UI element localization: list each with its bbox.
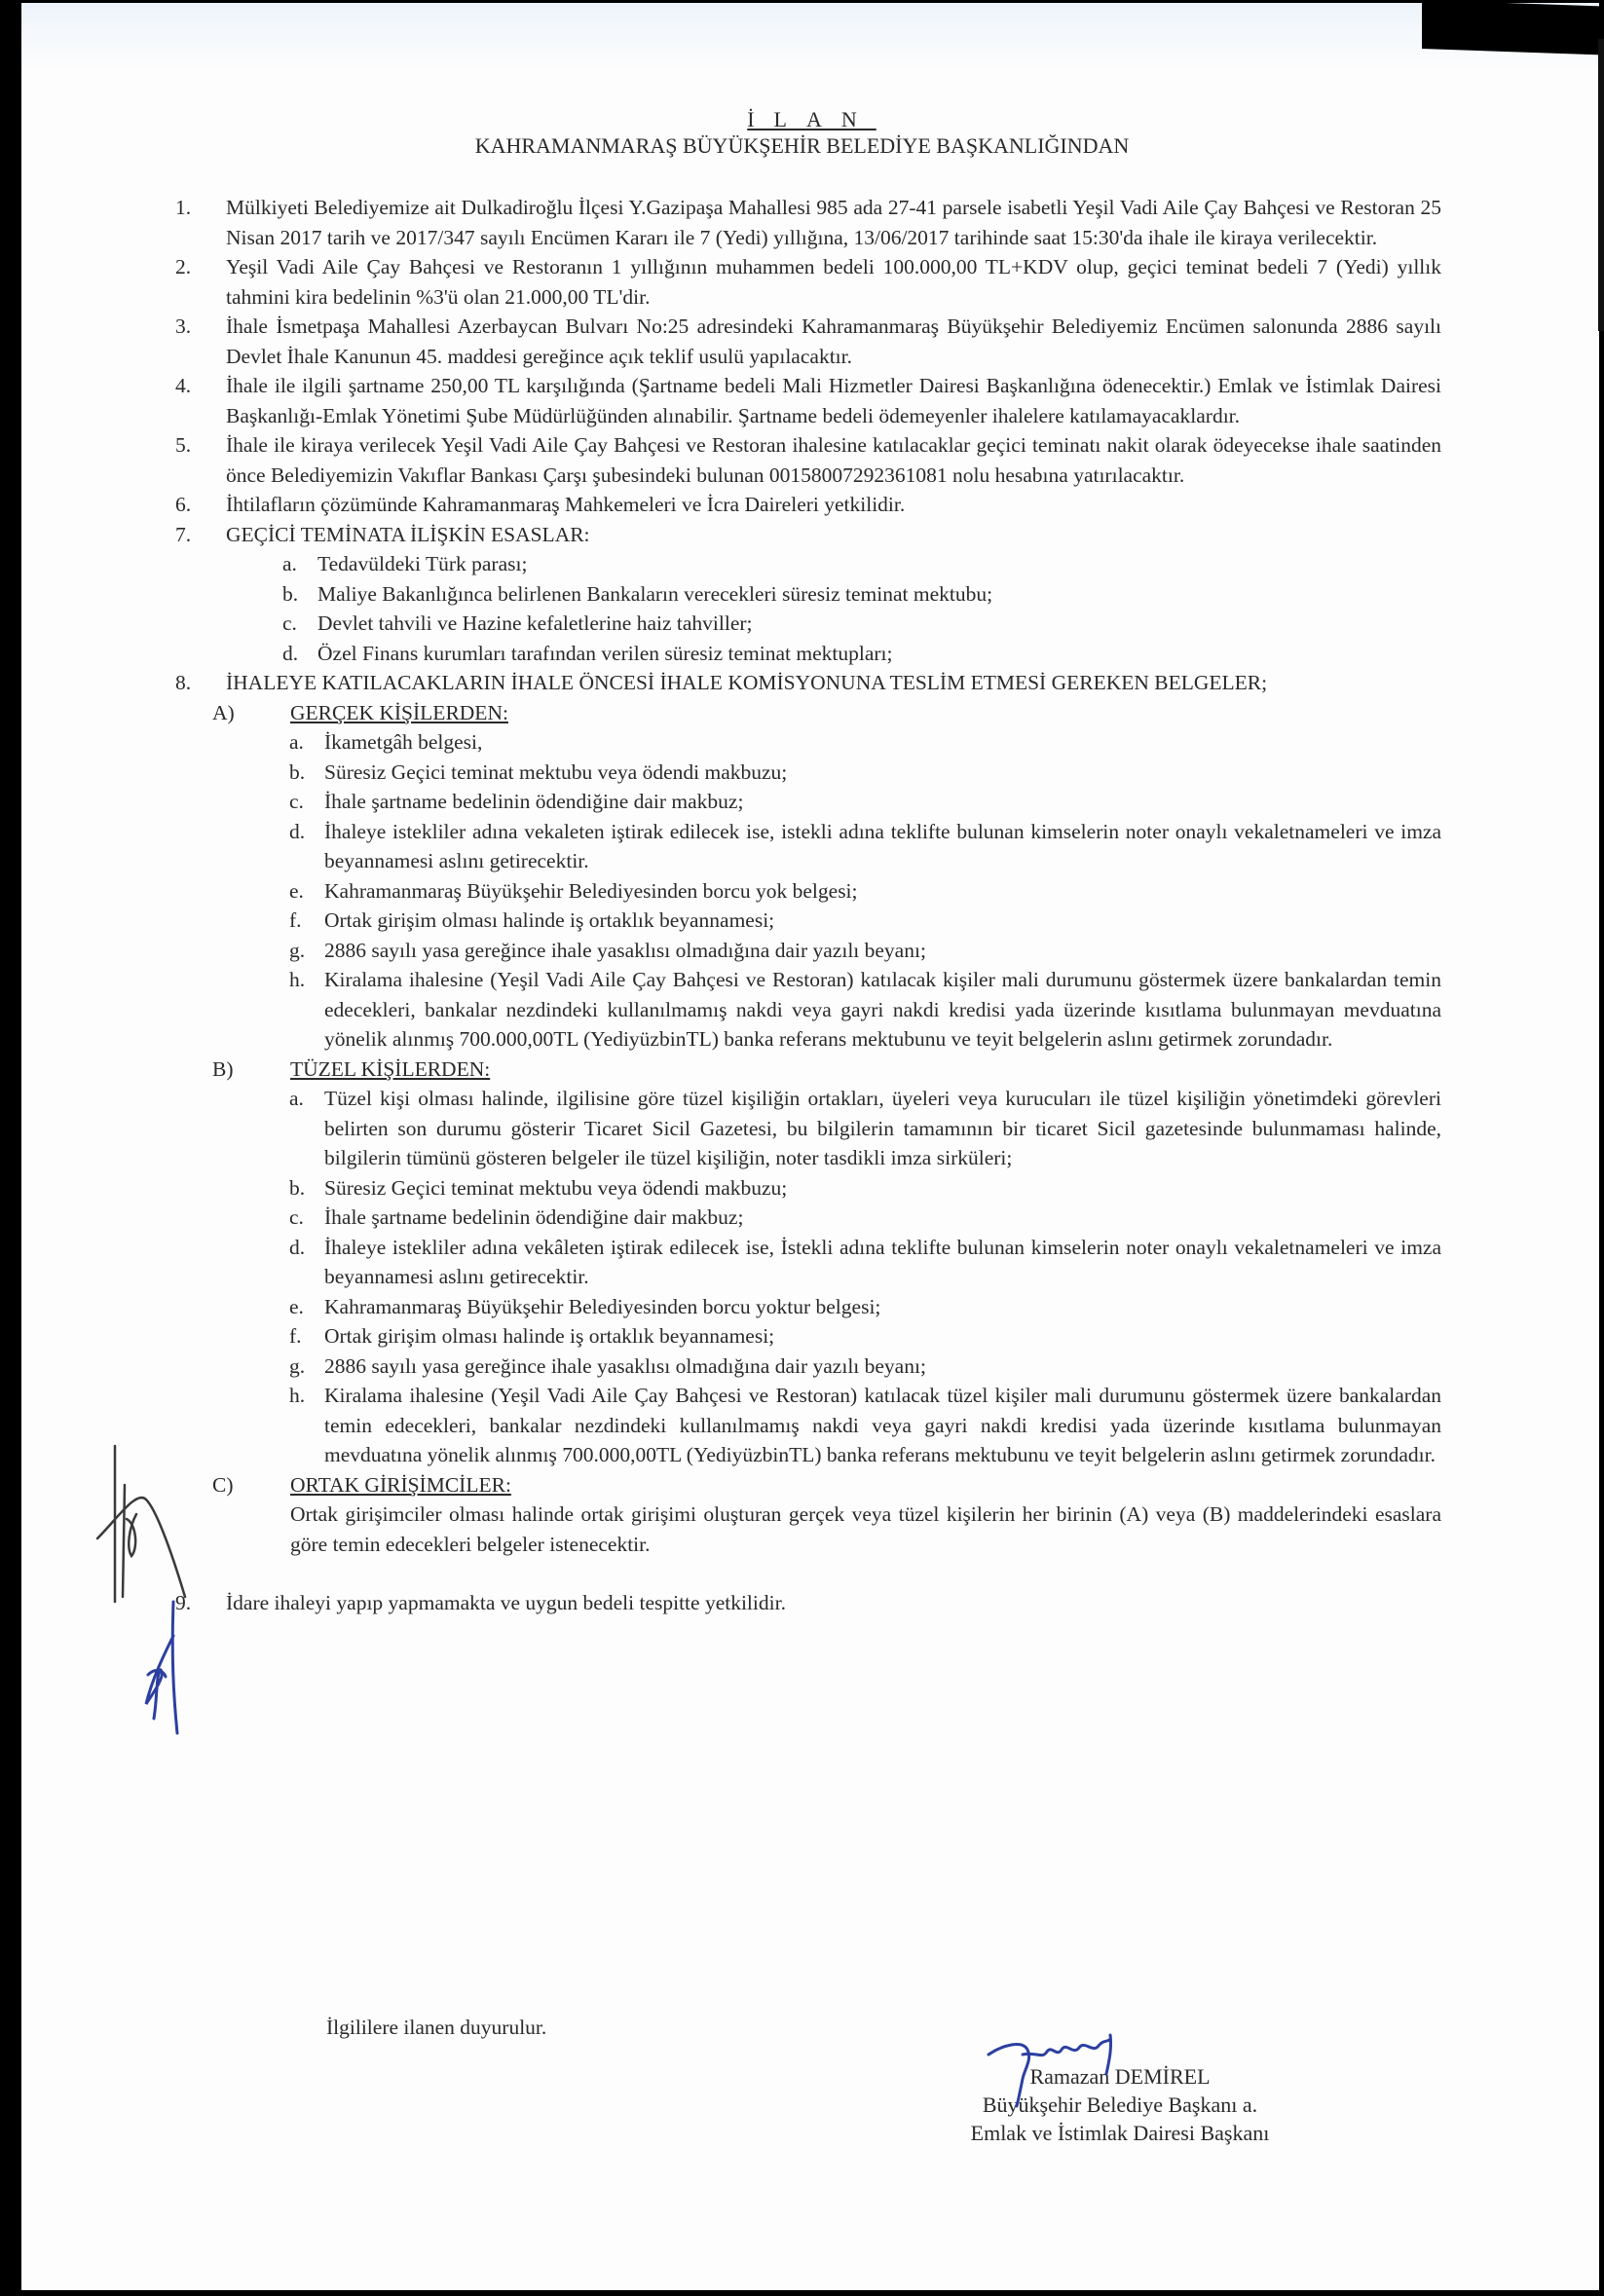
list-item: 5.İhale ile kiraya verilecek Yeşil Vadi … <box>175 430 1441 490</box>
sub-item-text: İhale şartname bedelinin ödendiğine dair… <box>324 790 743 813</box>
section-label: A) <box>212 698 235 728</box>
sub-item-text: 2886 sayılı yasa gereğince ihale yasaklı… <box>324 1354 926 1378</box>
section-label: B) <box>212 1055 234 1085</box>
sub-item-letter: a. <box>289 727 304 758</box>
sub-item-text: Kahramanmaraş Büyükşehir Belediyesinden … <box>324 1295 880 1318</box>
list-item: 1.Mülkiyeti Belediyemize ait Dulkadiroğl… <box>175 193 1441 252</box>
sub-item-text: İhale şartname bedelinin ödendiğine dair… <box>324 1205 743 1229</box>
item-text: Mülkiyeti Belediyemize ait Dulkadiroğlu … <box>226 193 1441 252</box>
list-item: 4.İhale ile ilgili şartname 250,00 TL ka… <box>175 371 1441 430</box>
sub-item-text: 2886 sayılı yasa gereğince ihale yasaklı… <box>324 939 926 962</box>
item-number: 1. <box>175 193 191 223</box>
sub-item-text: Ortak girişim olması halinde iş ortaklık… <box>324 1324 774 1348</box>
item-text: İdare ihaleyi yapıp yapmamakta ve uygun … <box>226 1588 1441 1618</box>
sub-list-item: c.İhale şartname bedelinin ödendiğine da… <box>289 1203 1441 1233</box>
sub-item-letter: h. <box>289 1381 305 1411</box>
sub-list-item: h.Kiralama ihalesine (Yeşil Vadi Aile Ça… <box>289 965 1441 1055</box>
list-item: 3.İhale İsmetpaşa Mahallesi Azerbaycan B… <box>175 312 1441 371</box>
sub-item-text: Süresiz Geçici teminat mektubu veya öden… <box>324 760 787 784</box>
closing-line: İlgililere ilanen duyurulur. <box>326 2016 546 2040</box>
handwritten-signature-icon <box>984 2030 1159 2108</box>
header: İLAN KAHRAMANMARAŞ BÜYÜKŞEHİR BELEDİYE B… <box>0 107 1604 160</box>
scan-border-right <box>1598 39 1604 331</box>
sub-item-text: Kiralama ihalesine (Yeşil Vadi Aile Çay … <box>324 1384 1441 1466</box>
sub-list-item: c.İhale şartname bedelinin ödendiğine da… <box>289 787 1441 817</box>
sub-list-item: d.Özel Finans kurumları tarafından veril… <box>282 639 1441 669</box>
sub-list-item: d.İhaleye istekliler adına vekaleten işt… <box>289 817 1441 876</box>
sub-list-item: b.Süresiz Geçici teminat mektubu veya öd… <box>289 1173 1441 1204</box>
sub-item-text: Kiralama ihalesine (Yeşil Vadi Aile Çay … <box>324 968 1441 1051</box>
section-label: C) <box>212 1470 234 1500</box>
document-body: 1.Mülkiyeti Belediyemize ait Dulkadiroğl… <box>175 193 1441 1618</box>
sub-item-letter: f. <box>289 906 302 936</box>
item-number: 2. <box>175 252 191 282</box>
sub-item-letter: b. <box>289 1173 305 1204</box>
sub-item-letter: b. <box>289 758 305 788</box>
sub-list-item: a.Tüzel kişi olması halinde, ilgilisine … <box>289 1084 1441 1173</box>
sub-list-item: b.Maliye Bakanlığınca belirlenen Bankala… <box>282 579 1441 610</box>
sub-item-letter: g. <box>289 1352 305 1382</box>
sub-list-item: h.Kiralama ihalesine (Yeşil Vadi Aile Ça… <box>289 1381 1441 1470</box>
sub-item-letter: c. <box>289 787 304 817</box>
sub-item-letter: h. <box>289 965 305 995</box>
item-text: Yeşil Vadi Aile Çay Bahçesi ve Restoranı… <box>226 252 1441 312</box>
item-text: İhtilafların çözümünde Kahramanmaraş Mah… <box>226 490 1441 520</box>
sub-item-text: Ortak girişim olması halinde iş ortaklık… <box>324 908 774 932</box>
issuer-heading: KAHRAMANMARAŞ BÜYÜKŞEHİR BELEDİYE BAŞKAN… <box>0 132 1604 160</box>
list-item-9: 9. İdare ihaleyi yapıp yapmamakta ve uyg… <box>175 1588 1441 1618</box>
sub-list-item: f.Ortak girişim olması halinde iş ortakl… <box>289 906 1441 936</box>
section-heading: C)ORTAK GİRİŞİMCİLER: <box>212 1470 1441 1500</box>
item-number: 6. <box>175 490 191 520</box>
sub-item-letter: a. <box>289 1084 304 1114</box>
section-sublist: a.İkametgâh belgesi,b.Süresiz Geçici tem… <box>289 727 1441 1055</box>
sub-item-text: İhaleye istekliler adına vekâleten iştir… <box>324 1236 1441 1289</box>
list-item-7: 7. GEÇİCİ TEMİNATA İLİŞKİN ESASLAR: <box>175 520 1441 550</box>
sub-item-text: Kahramanmaraş Büyükşehir Belediyesinden … <box>324 879 858 903</box>
sub-list-item: a.İkametgâh belgesi, <box>289 727 1441 758</box>
section-sublist: a.Tüzel kişi olması halinde, ilgilisine … <box>289 1084 1441 1470</box>
item-number: 5. <box>175 430 191 461</box>
sub-item-letter: c. <box>282 609 297 639</box>
sub-item-letter: g. <box>289 936 305 966</box>
sub-item-text: Tedavüldeki Türk parası; <box>317 552 527 575</box>
item-8-sections: A)GERÇEK KİŞİLERDEN:a.İkametgâh belgesi,… <box>175 698 1441 1560</box>
section-heading: A)GERÇEK KİŞİLERDEN: <box>212 698 1441 728</box>
sub-list-item: a.Tedavüldeki Türk parası; <box>282 549 1441 579</box>
sub-list-item: e.Kahramanmaraş Büyükşehir Belediyesinde… <box>289 1292 1441 1322</box>
item-7-sublist: a.Tedavüldeki Türk parası;b.Maliye Bakan… <box>282 549 1441 668</box>
list-item: 6.İhtilafların çözümünde Kahramanmaraş M… <box>175 490 1441 520</box>
item-text: İhale İsmetpaşa Mahallesi Azerbaycan Bul… <box>226 312 1441 371</box>
sub-list-item: g.2886 sayılı yasa gereğince ihale yasak… <box>289 1352 1441 1382</box>
sub-list-item: c.Devlet tahvili ve Hazine kefaletlerine… <box>282 609 1441 639</box>
sub-item-text: Tüzel kişi olması halinde, ilgilisine gö… <box>324 1087 1441 1169</box>
section-title: ORTAK GİRİŞİMCİLER: <box>290 1473 511 1497</box>
item-number: 8. <box>175 668 191 698</box>
signatory-title-2: Emlak ve İstimlak Dairesi Başkanı <box>906 2119 1334 2147</box>
section-paragraph: Ortak girişimciler olması halinde ortak … <box>290 1500 1441 1559</box>
sub-item-letter: d. <box>289 817 305 847</box>
section-title: TÜZEL KİŞİLERDEN: <box>290 1057 490 1081</box>
item-text: İhale ile kiraya verilecek Yeşil Vadi Ai… <box>226 430 1441 490</box>
sub-item-text: İhaleye istekliler adına vekaleten iştir… <box>324 820 1441 873</box>
sub-item-letter: e. <box>289 1292 304 1322</box>
margin-initials-icon <box>88 1441 195 1772</box>
item-text: İhale ile ilgili şartname 250,00 TL karş… <box>226 371 1441 430</box>
document-title: İLAN <box>19 107 1604 132</box>
sub-list-item: f.Ortak girişim olması halinde iş ortakl… <box>289 1321 1441 1352</box>
sub-item-letter: d. <box>289 1233 305 1263</box>
sub-item-letter: d. <box>282 639 298 669</box>
scan-border-top-right <box>1422 0 1604 56</box>
sub-list-item: b.Süresiz Geçici teminat mektubu veya öd… <box>289 758 1441 788</box>
section-title: GERÇEK KİŞİLERDEN: <box>290 701 508 724</box>
sub-item-text: Maliye Bakanlığınca belirlenen Bankaları… <box>317 582 992 606</box>
sub-list-item: e.Kahramanmaraş Büyükşehir Belediyesinde… <box>289 876 1441 907</box>
sub-item-letter: e. <box>289 876 304 907</box>
item-number: 3. <box>175 312 191 342</box>
item-number: 4. <box>175 371 191 401</box>
item-number: 7. <box>175 520 191 550</box>
sub-item-letter: a. <box>282 549 297 579</box>
sub-item-text: Devlet tahvili ve Hazine kefaletlerine h… <box>317 611 753 635</box>
sub-item-text: Süresiz Geçici teminat mektubu veya öden… <box>324 1176 787 1200</box>
sub-item-letter: f. <box>289 1321 302 1352</box>
sub-item-letter: c. <box>289 1203 304 1233</box>
sub-list-item: d.İhaleye istekliler adına vekâleten işt… <box>289 1233 1441 1292</box>
list-item-8: 8. İHALEYE KATILACAKLARIN İHALE ÖNCESİ İ… <box>175 668 1441 698</box>
sub-item-letter: b. <box>282 579 298 610</box>
section-heading: B)TÜZEL KİŞİLERDEN: <box>212 1055 1441 1085</box>
list-item: 2.Yeşil Vadi Aile Çay Bahçesi ve Restora… <box>175 252 1441 312</box>
item-heading: İHALEYE KATILACAKLARIN İHALE ÖNCESİ İHAL… <box>226 668 1441 698</box>
sub-item-text: Özel Finans kurumları tarafından verilen… <box>317 642 892 665</box>
sub-item-text: İkametgâh belgesi, <box>324 730 482 754</box>
item-heading: GEÇİCİ TEMİNATA İLİŞKİN ESASLAR: <box>226 520 1441 550</box>
sub-list-item: g.2886 sayılı yasa gereğince ihale yasak… <box>289 936 1441 966</box>
